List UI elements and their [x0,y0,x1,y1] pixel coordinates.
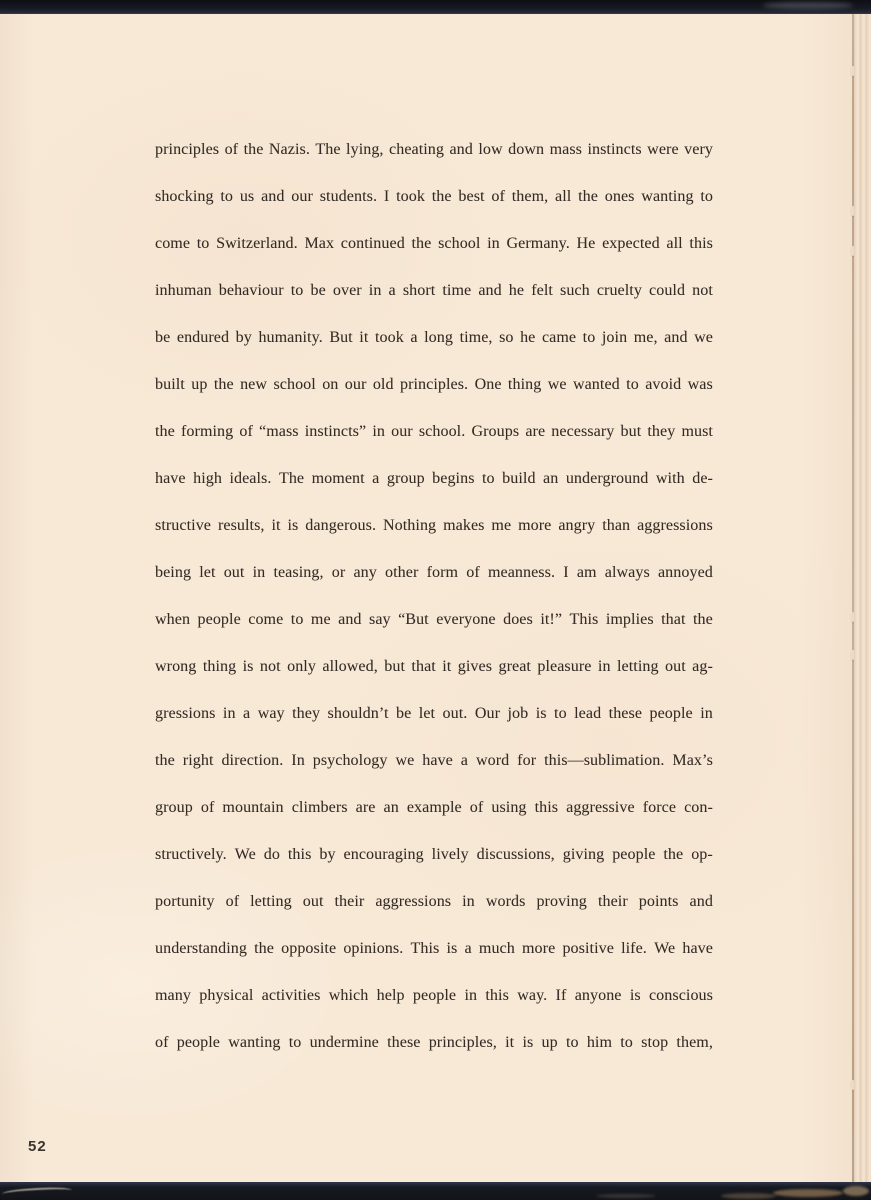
text-line: havehighideals.Themomentagroupbeginstobu… [155,455,713,502]
scan-smudge [763,2,853,9]
text-line: groupofmountainclimbersareanexampleofusi… [155,784,713,831]
text-line: manyphysicalactivitieswhichhelppeopleint… [155,972,713,1019]
text-line: principlesoftheNazis.Thelying,cheatingan… [155,126,713,173]
text-line: ofpeoplewantingtounderminetheseprinciple… [155,1019,713,1066]
scan-scuff [843,1186,869,1196]
text-line: understandingtheoppositeopinions.Thisisa… [155,925,713,972]
scan-scuff [596,1194,656,1198]
text-line: beingletoutinteasing,oranyotherformofmea… [155,549,713,596]
scan-scuff [773,1189,843,1197]
scan-border-bottom [0,1182,871,1200]
text-line: cometoSwitzerland.Maxcontinuedtheschooli… [155,220,713,267]
text-line: builtupthenewschoolonouroldprinciples.On… [155,361,713,408]
text-line: gressionsinawaytheyshouldn’tbeletout.Our… [155,690,713,737]
text-line: structively.Wedothisbyencouraginglivelyd… [155,831,713,878]
text-line: theformingof“massinstincts”inourschool.G… [155,408,713,455]
stacked-page-edges [854,14,871,1182]
text-line: whenpeoplecometomeandsay“Buteveryonedoes… [155,596,713,643]
page-text: principlesoftheNazis.Thelying,cheatingan… [155,126,713,1066]
text-line: portunityoflettingouttheiraggressionsinw… [155,878,713,925]
scan-border-top [0,0,871,14]
scan-scratch [2,1186,72,1198]
page-number: 52 [28,1138,47,1155]
text-line: therightdirection.Inpsychologywehaveawor… [155,737,713,784]
text-line: wrongthingisnotonlyallowed,butthatitgive… [155,643,713,690]
text-line: shockingtousandourstudents.Itookthebesto… [155,173,713,220]
scanned-book-page: principlesoftheNazis.Thelying,cheatingan… [0,0,871,1200]
text-line: inhumanbehaviourtobeoverinashorttimeandh… [155,267,713,314]
text-line: structiveresults,itisdangerous.Nothingma… [155,502,713,549]
text-line: beenduredbyhumanity.Butittookalongtime,s… [155,314,713,361]
scan-scuff [721,1193,776,1199]
